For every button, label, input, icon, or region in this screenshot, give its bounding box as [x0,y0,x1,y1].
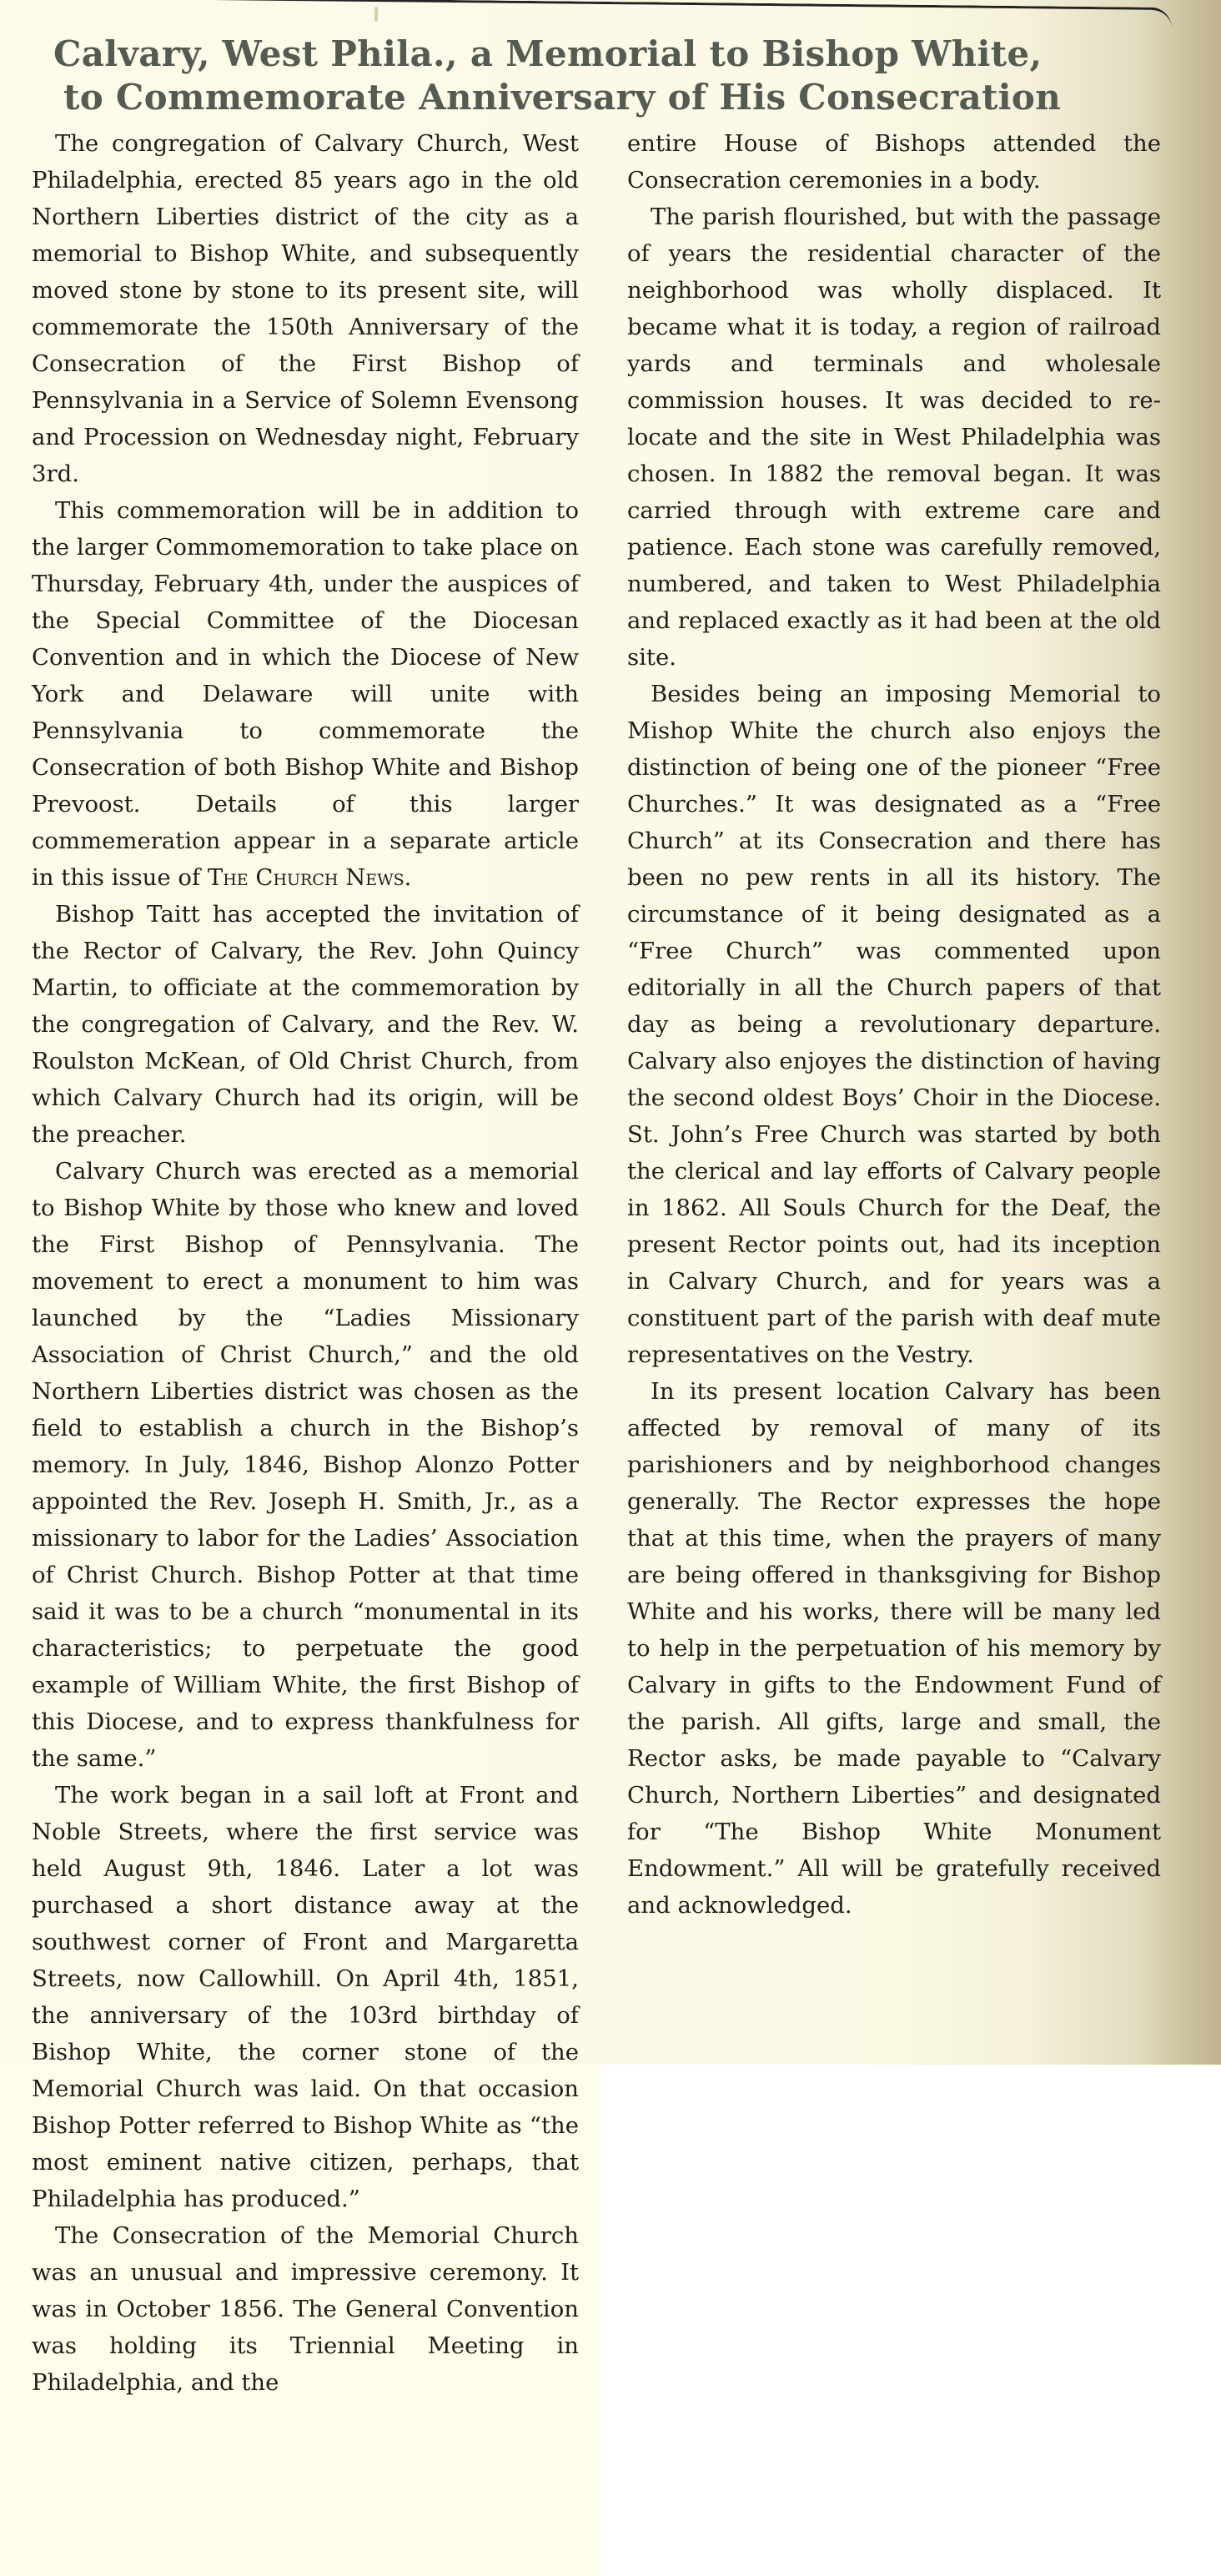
paragraph: In its present location Calvary has been… [627,1373,1161,1924]
paragraph-text: This commemoration will be in addition t… [32,497,579,891]
paragraph: Besides being an imposing Memorial to Mi… [627,676,1161,1373]
paragraph: The work began in a sail loft at Front a… [32,1777,579,2217]
article-column-left: The congregation of Calvary Church, West… [32,125,579,2401]
publication-name: The Church News [208,864,404,891]
headline-line-2: to Commemorate Anniversary of His Consec… [63,77,1061,118]
paragraph: The Consecration of the Memorial Church … [32,2217,579,2401]
page-crease-mark [374,7,378,22]
paragraph: Bishop Taitt has accepted the invitation… [32,896,579,1153]
paragraph-continued: entire House of Bishops attended the Con… [627,125,1161,199]
headline-line-1: Calvary, West Phila., a Memorial to Bish… [53,33,1042,74]
paragraph: The congregation of Calvary Church, West… [32,125,579,492]
paragraph: The parish flourished, but with the pass… [627,199,1161,676]
paragraph: This commemoration will be in addition t… [32,492,579,896]
paragraph: Calvary Church was erected as a memorial… [32,1153,579,1777]
article-column-right: entire House of Bishops attended the Con… [627,125,1161,1924]
paragraph-text: . [404,864,412,891]
